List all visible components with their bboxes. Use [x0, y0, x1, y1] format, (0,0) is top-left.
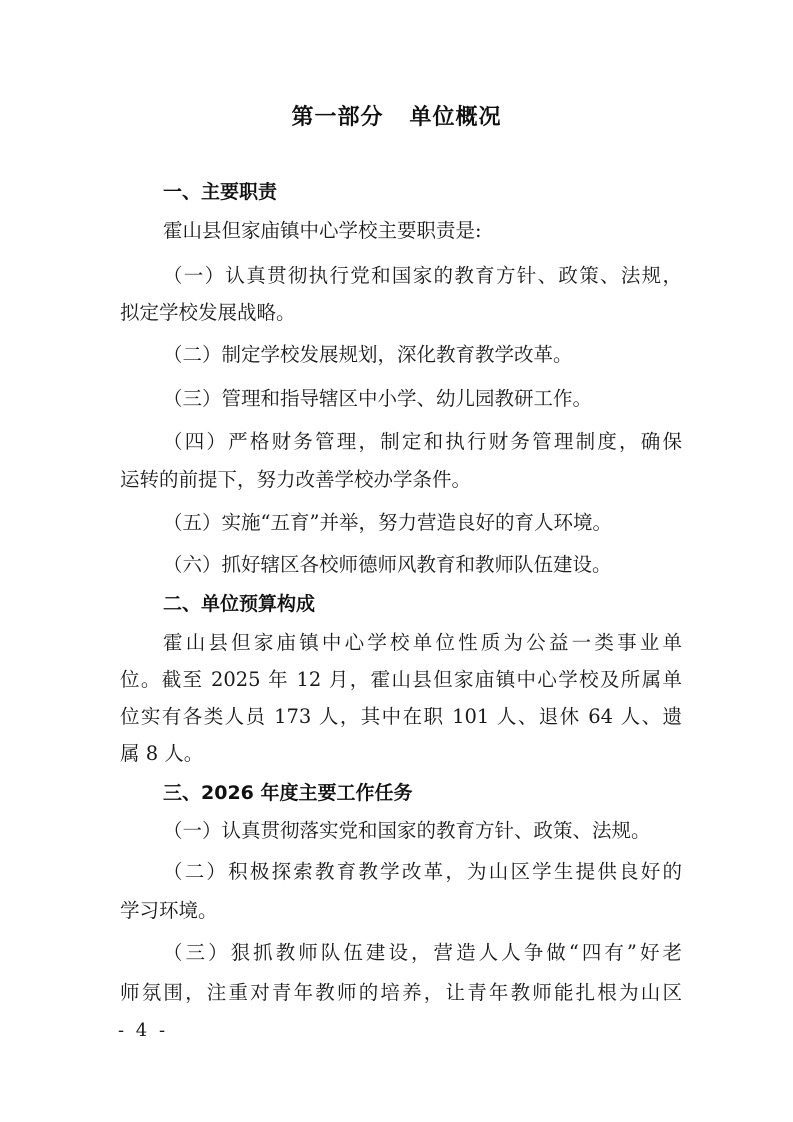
section-heading-tasks: 三、2026 年度主要工作任务 [163, 780, 682, 806]
title-part: 第一部分 [291, 105, 383, 130]
duty-item-3: （三）管理和指导辖区中小学、幼儿园教研工作。 [163, 386, 682, 412]
duty-item-4-line1: （四）严格财务管理，制定和执行财务管理制度，确保 [163, 429, 682, 455]
task-item-1: （一）认真贯彻落实党和国家的教育方针、政策、法规。 [163, 818, 682, 844]
title-name: 单位概况 [410, 105, 502, 130]
budget-line-3: 位实有各类人员 173 人，其中在职 101 人、退休 64 人、遗 [120, 704, 682, 730]
section-heading-budget: 二、单位预算构成 [163, 591, 682, 617]
task-item-2-line2: 学习环境。 [120, 898, 682, 924]
duty-item-2: （二）制定学校发展规划，深化教育教学改革。 [163, 342, 682, 368]
section-heading-duties: 一、主要职责 [163, 179, 682, 205]
budget-line-1: 霍山县但家庙镇中心学校单位性质为公益一类事业单 [163, 630, 682, 656]
duties-intro: 霍山县但家庙镇中心学校主要职责是: [163, 218, 682, 244]
task-item-3-line1: （三）狠抓教师队伍建设，营造人人争做“四有”好老 [163, 940, 682, 966]
duty-item-1-line1: （一）认真贯彻执行党和国家的教育方针、政策、法规， [163, 263, 682, 289]
task-item-2-line1: （二）积极探索教育教学改革，为山区学生提供良好的 [163, 859, 682, 885]
page-title: 第一部分单位概况 [0, 100, 793, 131]
page-number: - 4 - [118, 1020, 168, 1041]
budget-line-4: 属 8 人。 [120, 741, 682, 767]
document-page: 第一部分单位概况 一、主要职责 霍山县但家庙镇中心学校主要职责是: （一）认真贯… [0, 0, 793, 1122]
budget-line-2: 位。截至 2025 年 12 月，霍山县但家庙镇中心学校及所属单 [120, 667, 682, 693]
duty-item-5: （五）实施“五育”并举，努力营造良好的育人环境。 [163, 510, 682, 536]
duty-item-1-line2: 拟定学校发展战略。 [120, 300, 682, 326]
task-item-3-line2: 师氛围，注重对青年教师的培养，让青年教师能扎根为山区 [120, 980, 682, 1006]
duty-item-4-line2: 运转的前提下，努力改善学校办学条件。 [120, 467, 682, 493]
duty-item-6: （六）抓好辖区各校师德师风教育和教师队伍建设。 [163, 552, 682, 578]
